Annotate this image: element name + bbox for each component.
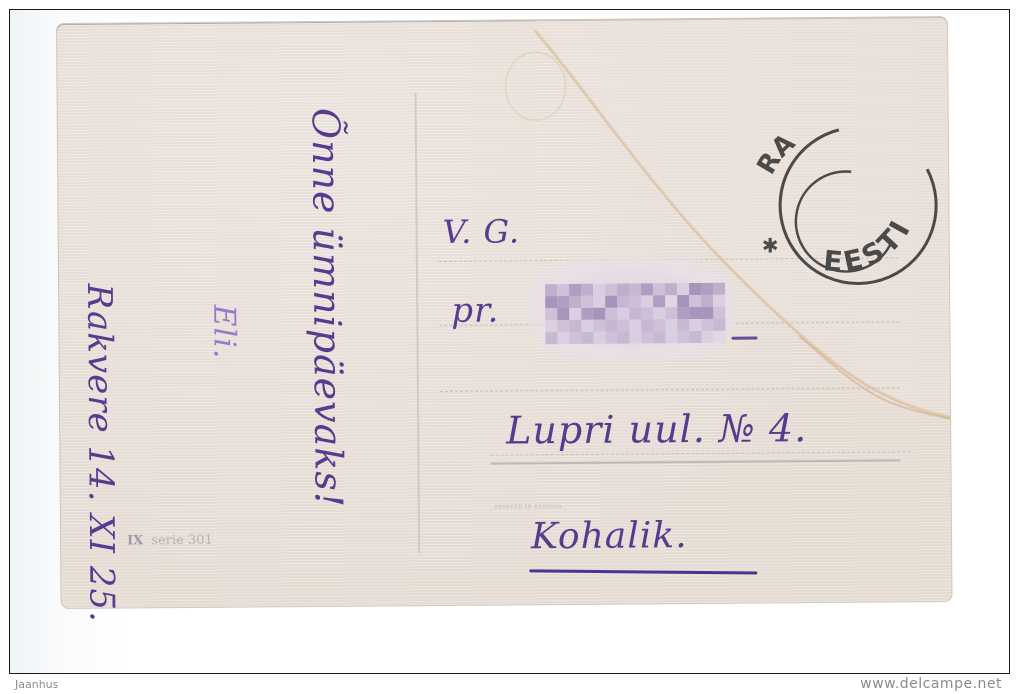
city-underline (529, 569, 757, 574)
watermark-seller: Jaanhus (15, 678, 58, 691)
postmark-star: ✱ (762, 233, 779, 257)
signature-text: Eli. (206, 305, 241, 360)
series-label: serie 301 (151, 533, 213, 548)
series-logo: IX (127, 533, 143, 548)
address-prefix: pr. (451, 291, 499, 331)
place-date-text: Rakvere 14. XI 25. (79, 284, 122, 623)
printed-origin: PRINTED IN ESTONIA (495, 504, 563, 511)
postcard: Õnne ümnipäevaks! Eli. Rakvere 14. XI 25… (57, 17, 952, 608)
postmark-top-text: RA (751, 128, 801, 180)
redacted-name (527, 257, 738, 363)
address-street: Lupri uul. № 4. (506, 406, 807, 452)
greeting-text: Õnne ümnipäevaks! (304, 108, 351, 509)
svg-text:RA: RA (751, 128, 801, 180)
postmark-stamp: RA EESTI ✱ (741, 101, 943, 303)
address-recipient-initials: V. G. (442, 212, 520, 251)
name-underline (731, 337, 757, 340)
address-line-solid (490, 459, 900, 464)
address-line-3 (440, 387, 900, 392)
address-city: Kohalik. (531, 515, 688, 557)
watermark-site: www.delcampe.net (860, 676, 1002, 692)
center-divider (415, 93, 421, 553)
series-mark: IX serie 301 (127, 533, 213, 549)
